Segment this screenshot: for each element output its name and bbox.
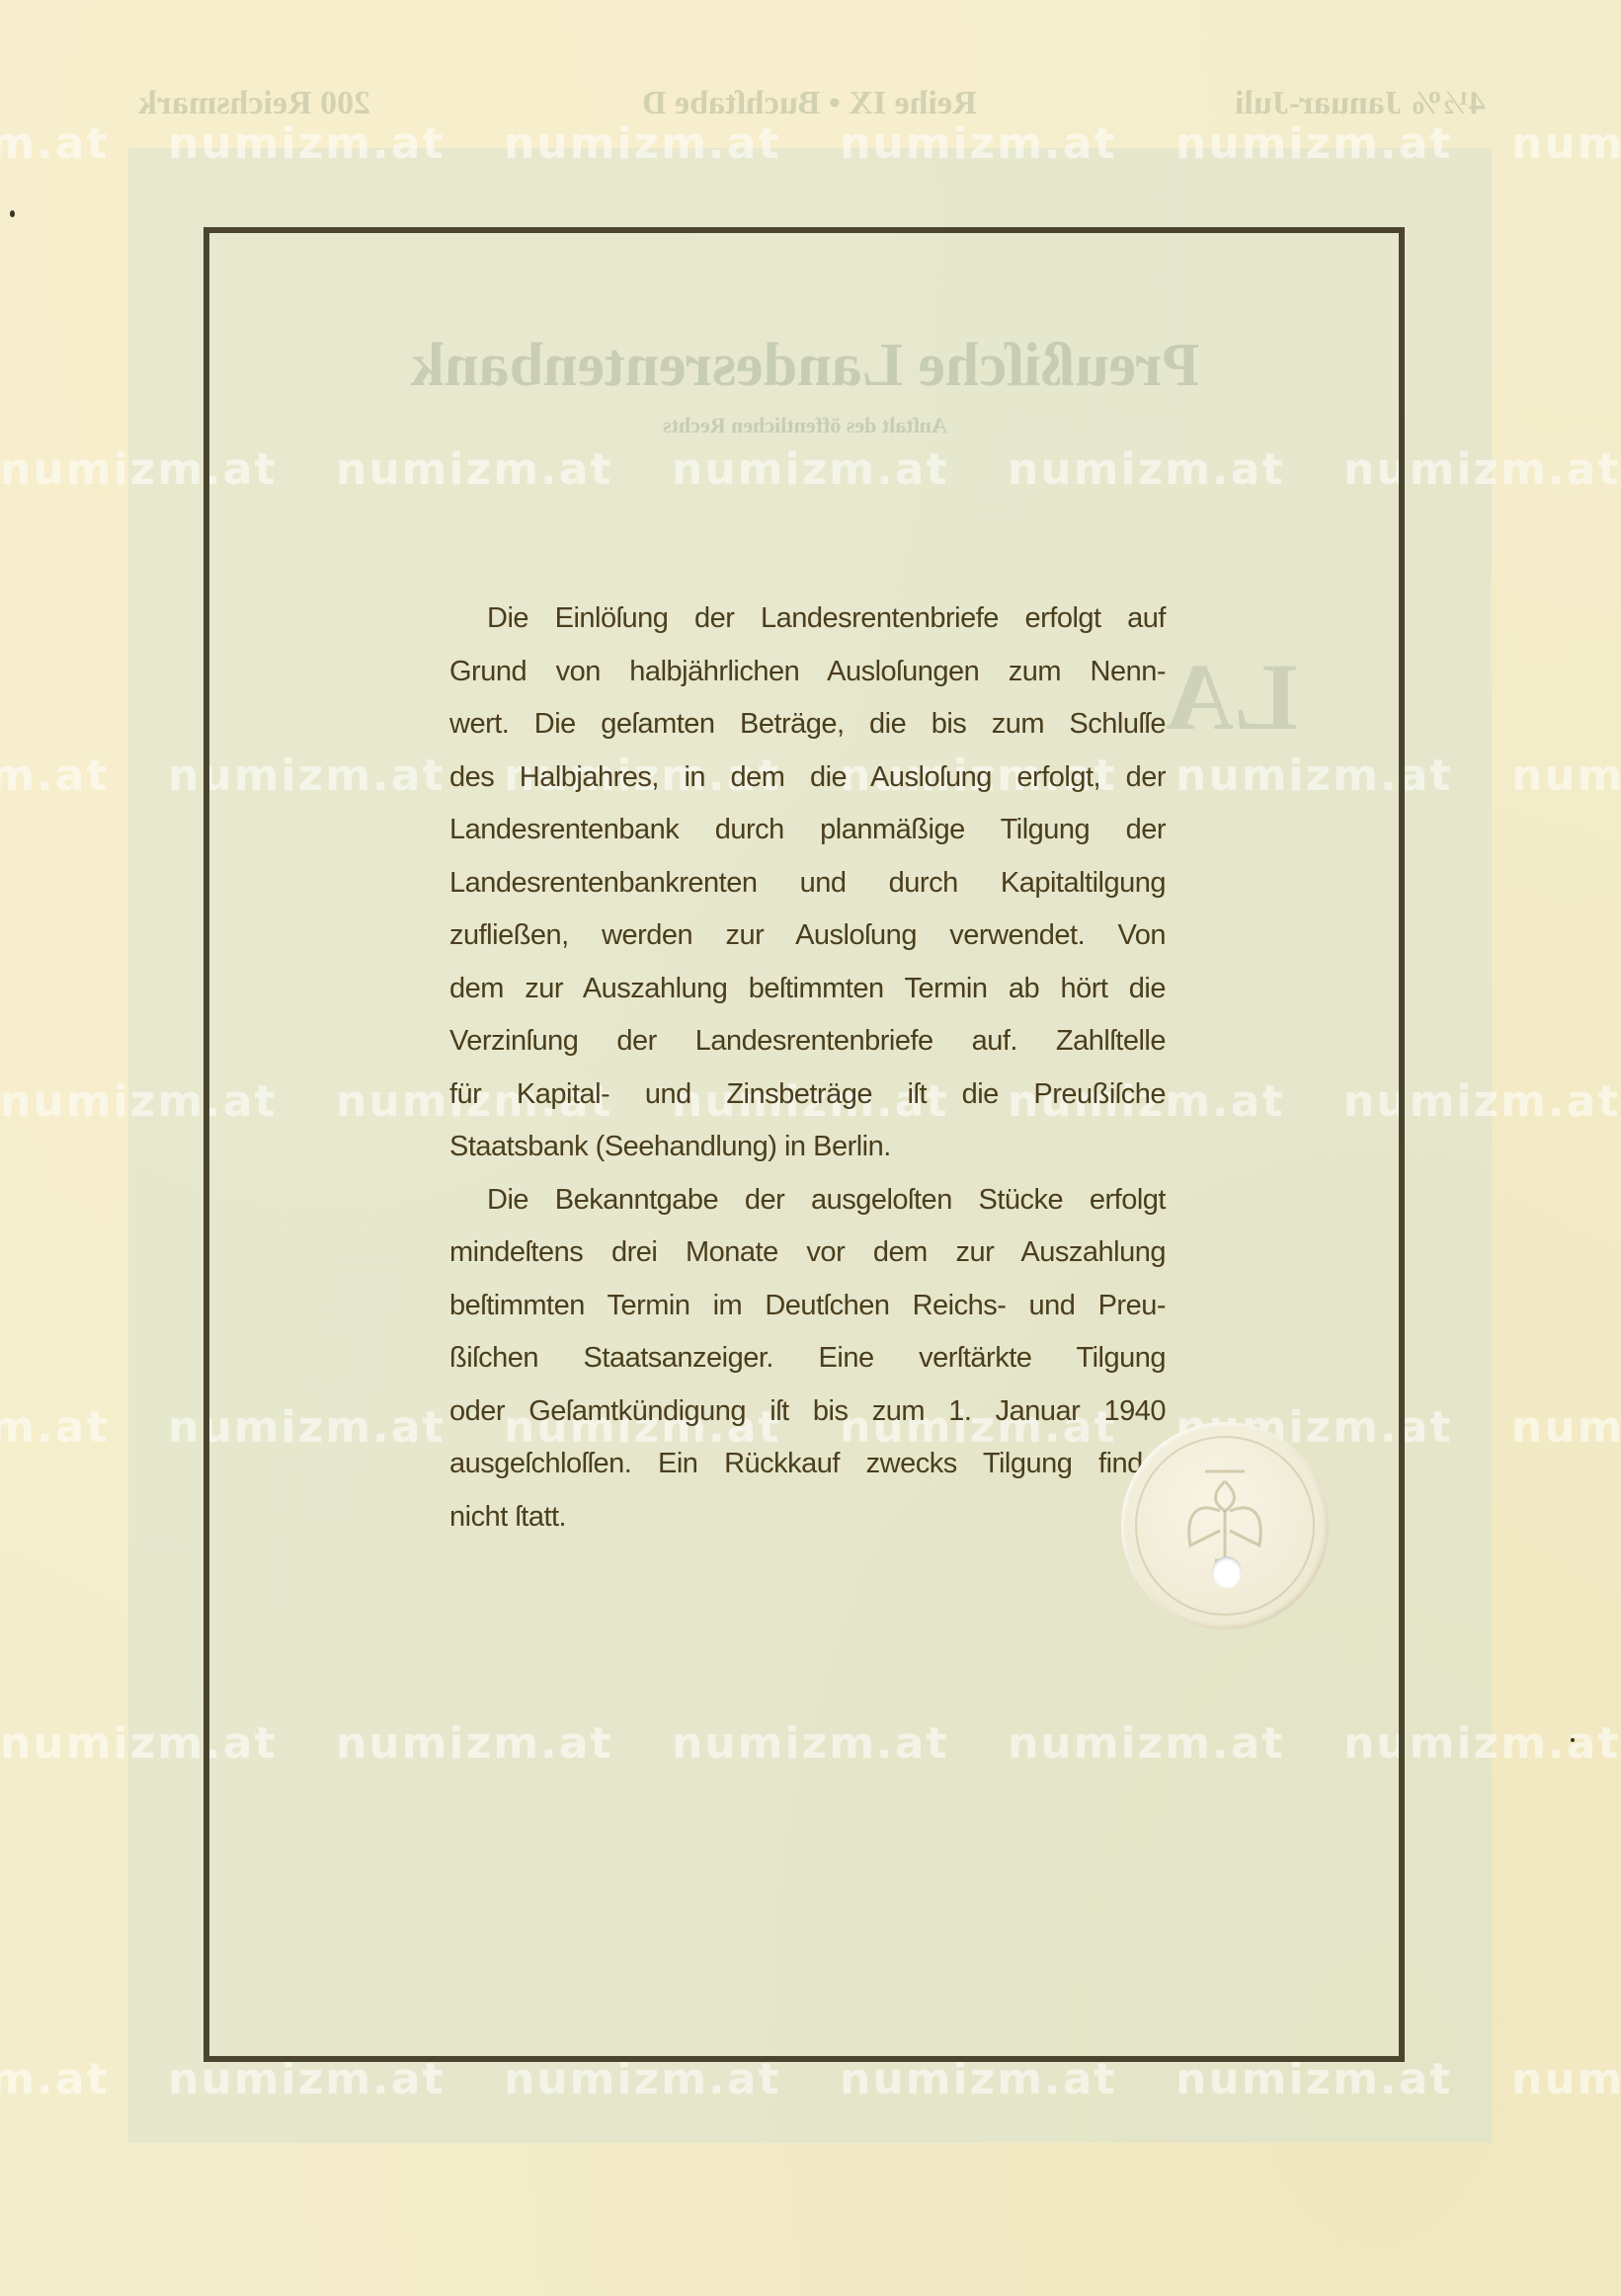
- bleed-header-series: Reihe IX • Buchſtabe D: [642, 85, 977, 122]
- text-line: mindeſtens drei Monate vor dem zur Ausza…: [449, 1227, 1166, 1280]
- text-line: Verzinſung der Landesrentenbriefe auf. Z…: [449, 1015, 1166, 1069]
- text-line: wert. Die geſamten Beträge, die bis zum …: [449, 698, 1166, 752]
- watermark-text: numizm.at: [1511, 1402, 1621, 1453]
- text-line: zufließen, werden zur Ausloſung verwende…: [449, 910, 1166, 963]
- watermark-text: numizm.at: [168, 119, 445, 169]
- text-line: ausgeſchloſſen. Ein Rückkauf zwecks Tilg…: [449, 1438, 1166, 1491]
- text-line: nicht ſtatt.: [449, 1491, 1166, 1544]
- text-line: Die Bekanntgabe der ausgeloſten Stücke e…: [449, 1174, 1166, 1227]
- watermark-text: numizm.at: [0, 751, 109, 801]
- text-line: oder Geſamtkündigung iſt bis zum 1. Janu…: [449, 1386, 1166, 1439]
- punch-hole: [1212, 1556, 1242, 1588]
- text-line: dem zur Auszahlung beſtimmten Termin ab …: [449, 963, 1166, 1016]
- text-line: Landesrentenbank durch planmäßige Tilgun…: [449, 804, 1166, 857]
- watermark-text: numizm.at: [0, 1402, 109, 1453]
- embossed-seal: [1121, 1422, 1329, 1629]
- text-line: Grund von halbjährlichen Ausloſungen zum…: [449, 646, 1166, 699]
- watermark-text: numizm.at: [1511, 2054, 1621, 2104]
- paper-speck: [1571, 1738, 1575, 1742]
- watermark-text: numizm.at: [1511, 751, 1621, 801]
- text-line: des Halbjahres, in dem die Ausloſung erf…: [449, 752, 1166, 805]
- watermark-text: numizm.at: [1511, 119, 1621, 169]
- watermark-text: numizm.at: [504, 119, 780, 169]
- watermark-text: numizm.at: [1175, 119, 1452, 169]
- text-line: Staatsbank (Seehandlung) in Berlin.: [449, 1121, 1166, 1174]
- paragraph-redemption: Die Einlöſung der Landesrentenbriefe erf…: [449, 593, 1166, 1174]
- paragraph-announcement: Die Bekanntgabe der ausgeloſten Stücke e…: [449, 1174, 1166, 1544]
- text-line: Landesrentenbankrenten und durch Kapital…: [449, 857, 1166, 910]
- text-line: Die Einlöſung der Landesrentenbriefe erf…: [449, 593, 1166, 646]
- watermark-text: numizm.at: [840, 119, 1116, 169]
- bleed-header-denomination: 200 Reichsmark: [138, 85, 370, 122]
- paper-speck: [10, 210, 15, 217]
- watermark-text: numizm.at: [0, 119, 109, 169]
- text-line: für Kapital- und Zinsbeträge iſt die Pre…: [449, 1069, 1166, 1122]
- watermark-text: numizm.at: [0, 2054, 109, 2104]
- text-line: beſtimmten Termin im Deutſchen Reichs- u…: [449, 1280, 1166, 1333]
- bleed-header-interest: 4½% Januar-Juli: [1235, 85, 1486, 122]
- text-line: ßiſchen Staatsanzeiger. Eine verſtärkte …: [449, 1332, 1166, 1386]
- document-body: Die Einlöſung der Landesrentenbriefe erf…: [449, 593, 1166, 1544]
